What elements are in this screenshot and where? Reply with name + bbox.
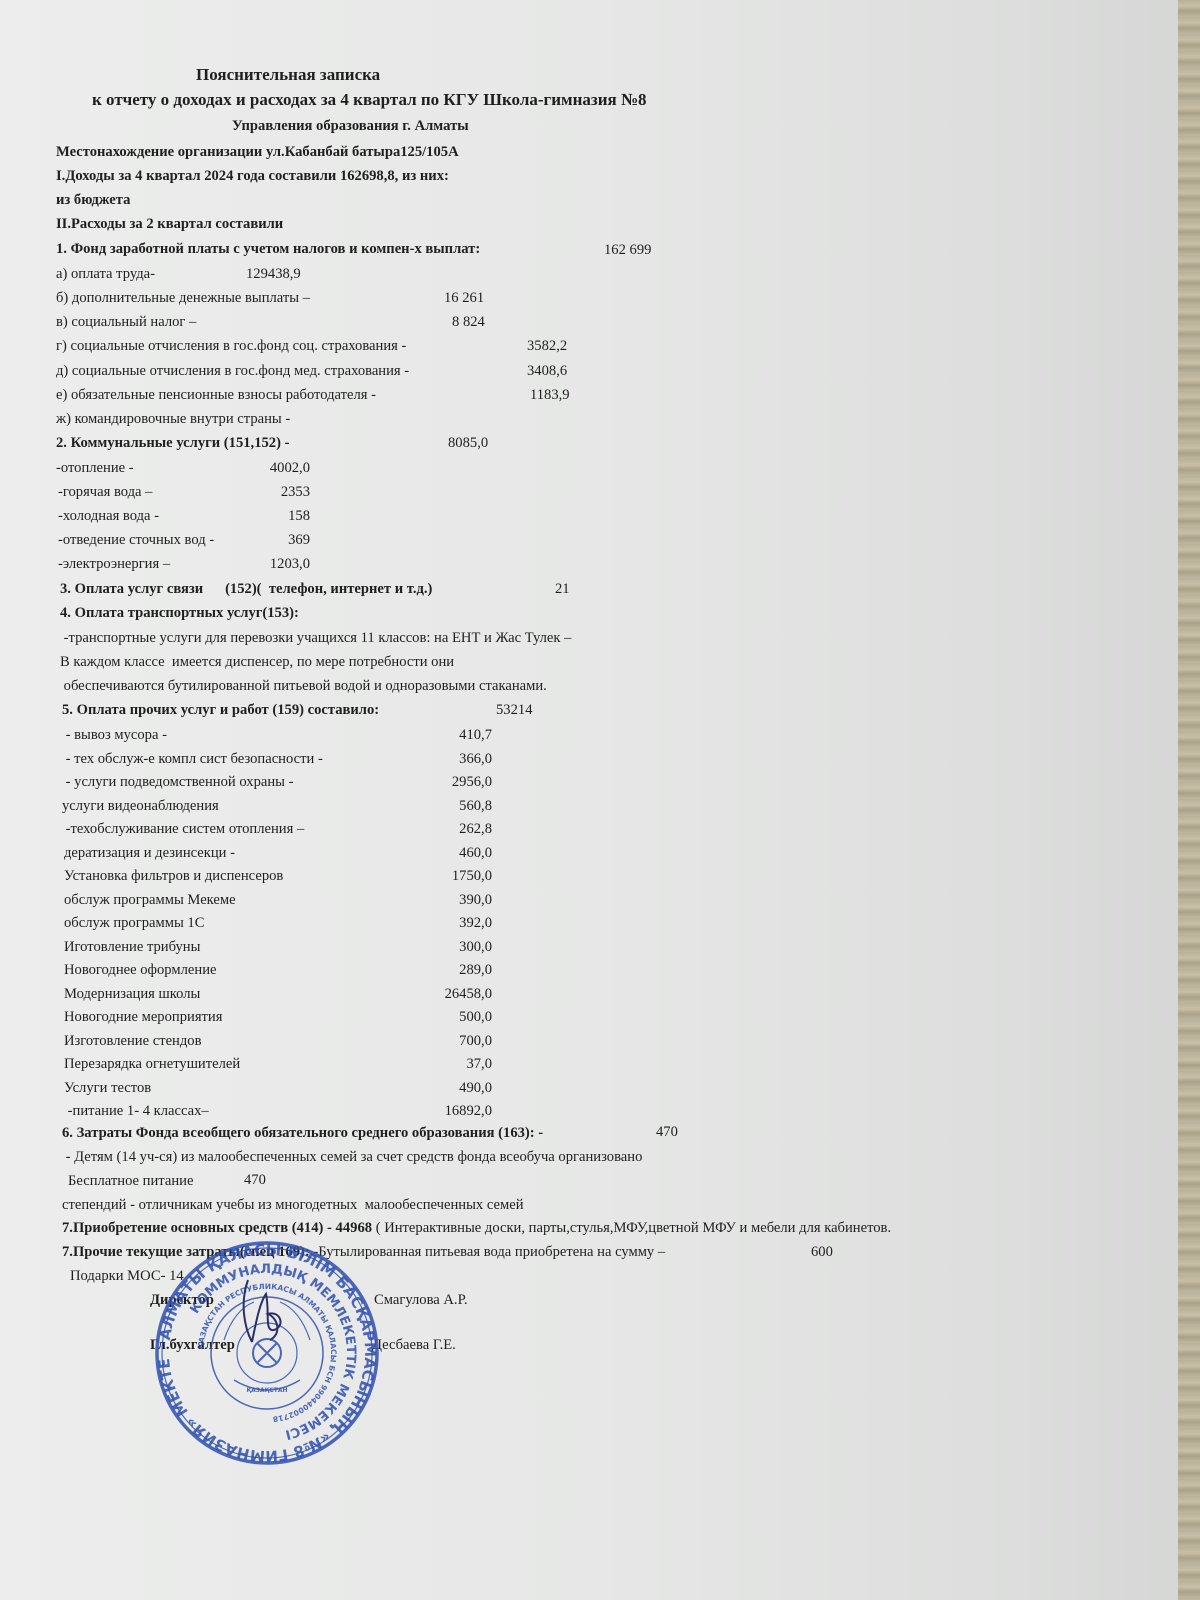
section4-label: 4. Оплата транспортных услуг(153): bbox=[60, 604, 299, 622]
section1-label: 1. Фонд заработной платы с учетом налого… bbox=[56, 240, 480, 258]
section5-item-value: 262,8 bbox=[392, 820, 492, 838]
section5-item-value: 366,0 bbox=[392, 750, 492, 768]
section5-item-value: 26458,0 bbox=[392, 985, 492, 1003]
section1-item-label: д) социальные отчисления в гос.фонд мед.… bbox=[56, 362, 409, 380]
gifts-line: Подарки МОС- 14 bbox=[70, 1267, 184, 1285]
section5-item-label: Перезарядка огнетушителей bbox=[64, 1055, 240, 1073]
section7b-line: 7.Прочие текущие затраты(спец 169): -Бут… bbox=[62, 1243, 665, 1261]
document-title: Пояснительная записка bbox=[196, 66, 380, 84]
section5-item-label: - вывоз мусора - bbox=[62, 726, 167, 744]
section5-item-label: Модернизация школы bbox=[64, 985, 200, 1003]
section5-item-label: обслуж программы Мекеме bbox=[64, 891, 236, 909]
section5-item-label: дератизация и дезинсекци - bbox=[64, 844, 235, 862]
section5-item-value: 1750,0 bbox=[392, 867, 492, 885]
section5-item-value: 500,0 bbox=[392, 1008, 492, 1026]
section5-item-label: -техобслуживание систем отопления – bbox=[62, 820, 304, 838]
income-source: из бюджета bbox=[56, 191, 130, 209]
section5-item-label: - услуги подведомственной охраны - bbox=[62, 773, 293, 791]
section2-item-value: 2353 bbox=[230, 483, 310, 501]
section2-item-label: -электроэнергия – bbox=[58, 555, 170, 573]
free-meals-value: 470 bbox=[244, 1171, 266, 1189]
section4-line: В каждом классе имеется диспенсер, по ме… bbox=[60, 653, 454, 671]
section2-label: 2. Коммунальные услуги (151,152) - bbox=[56, 434, 289, 452]
desk-background bbox=[1178, 0, 1200, 1600]
section1-item-value: 3408,6 bbox=[527, 362, 567, 380]
section5-item-label: Услуги тестов bbox=[64, 1079, 151, 1097]
section5-item-value: 16892,0 bbox=[392, 1102, 492, 1120]
section2-item-value: 369 bbox=[230, 531, 310, 549]
section7a-text: ( Интерактивные доски, парты,стулья,МФУ,… bbox=[372, 1220, 891, 1236]
section5-item-value: 490,0 bbox=[392, 1079, 492, 1097]
section5-item-label: Установка фильтров и диспенсеров bbox=[64, 867, 283, 885]
section2-item-label: -отведение сточных вод - bbox=[58, 531, 214, 549]
section7a-line: 7.Приобретение основных средств (414) - … bbox=[62, 1219, 891, 1237]
section5-item-value: 300,0 bbox=[392, 938, 492, 956]
section5-item-value: 392,0 bbox=[392, 914, 492, 932]
section5-item-value: 700,0 bbox=[392, 1032, 492, 1050]
accountant-title: Гл.бухгалтер bbox=[150, 1336, 235, 1354]
section5-item-value: 560,8 bbox=[392, 797, 492, 815]
section5-item-value: 390,0 bbox=[392, 891, 492, 909]
section5-item-value: 2956,0 bbox=[392, 773, 492, 791]
section1-item-label: в) социальный налог – bbox=[56, 313, 196, 331]
organization-location: Местонахождение организации ул.Кабанбай … bbox=[56, 143, 459, 161]
section5-item-label: - тех обслуж-е компл сист безопасности - bbox=[62, 750, 323, 768]
expenses-heading: II.Расходы за 2 квартал составили bbox=[56, 215, 283, 233]
section2-item-label: -горячая вода – bbox=[58, 483, 152, 501]
section7b-label: 7.Прочие текущие затраты(спец 169): bbox=[62, 1244, 310, 1260]
section5-item-label: Новогоднее оформление bbox=[64, 961, 216, 979]
section2-item-label: -отопление - bbox=[56, 459, 134, 477]
section7b-total: 600 bbox=[811, 1243, 833, 1261]
section3-label: 3. Оплата услуг связи (152)( телефон, ин… bbox=[60, 580, 432, 598]
section3-total: 21 bbox=[555, 580, 570, 598]
document-department: Управления образования г. Алматы bbox=[232, 117, 469, 135]
section1-item-value: 129438,9 bbox=[246, 265, 301, 283]
section5-item-label: Новогодние мероприятия bbox=[64, 1008, 222, 1026]
section5-item-label: обслуж программы 1С bbox=[64, 914, 204, 932]
section1-item-label: е) обязательные пенсионные взносы работо… bbox=[56, 386, 376, 404]
signature-icon bbox=[230, 1272, 300, 1352]
section5-total: 53214 bbox=[496, 701, 532, 719]
section1-item-label: а) оплата труда- bbox=[56, 265, 155, 283]
section5-item-value: 460,0 bbox=[392, 844, 492, 862]
income-line: I.Доходы за 4 квартал 2024 года составил… bbox=[56, 167, 449, 185]
section5-item-value: 289,0 bbox=[392, 961, 492, 979]
section5-item-value: 410,7 bbox=[392, 726, 492, 744]
section5-item-label: Иготовление трибуны bbox=[64, 938, 200, 956]
section4-line: -транспортные услуги для перевозки учащи… bbox=[60, 629, 571, 647]
stamp-center-label: ҚАЗАҚСТАН bbox=[246, 1387, 287, 1394]
section4-line: обеспечиваются бутилированной питьевой в… bbox=[60, 677, 547, 695]
section5-item-value: 37,0 bbox=[392, 1055, 492, 1073]
section5-label: 5. Оплата прочих услуг и работ (159) сос… bbox=[62, 701, 379, 719]
section1-item-label: ж) командировочные внутри страны - bbox=[56, 410, 290, 428]
section6-total: 470 bbox=[656, 1123, 678, 1141]
section2-item-value: 4002,0 bbox=[230, 459, 310, 477]
section1-item-value: 1183,9 bbox=[530, 386, 570, 404]
section1-item-label: г) социальные отчисления в гос.фонд соц.… bbox=[56, 337, 406, 355]
section1-item-value: 16 261 bbox=[444, 289, 484, 307]
section1-item-label: б) дополнительные денежные выплаты – bbox=[56, 289, 310, 307]
section1-item-value: 8 824 bbox=[452, 313, 485, 331]
director-title: Директор bbox=[150, 1291, 214, 1309]
section2-item-value: 1203,0 bbox=[230, 555, 310, 573]
section5-item-label: услуги видеонаблюдения bbox=[62, 797, 219, 815]
section2-item-value: 158 bbox=[230, 507, 310, 525]
section5-item-label: -питание 1- 4 классах– bbox=[64, 1102, 209, 1120]
section2-item-label: -холодная вода - bbox=[58, 507, 159, 525]
accountant-name: Десбаева Г.Е. bbox=[372, 1336, 456, 1354]
section6-line: степендий - отличникам учебы из многодет… bbox=[62, 1196, 524, 1214]
section1-item-value: 3582,2 bbox=[527, 337, 567, 355]
director-name: Смагулова А.Р. bbox=[374, 1291, 468, 1309]
document-subtitle: к отчету о доходах и расходах за 4 кварт… bbox=[92, 91, 647, 109]
section5-item-label: Изготовление стендов bbox=[64, 1032, 201, 1050]
free-meals-label: Бесплатное питание bbox=[68, 1172, 193, 1190]
section7a-label: 7.Приобретение основных средств (414) - … bbox=[62, 1220, 372, 1236]
section6-label: 6. Затраты Фонда всеобщего обязательного… bbox=[62, 1124, 543, 1142]
section2-total: 8085,0 bbox=[448, 434, 488, 452]
section7b-text: -Бутылированная питьевая вода приобретен… bbox=[310, 1244, 665, 1260]
section6-line: - Детям (14 уч-ся) из малообеспеченных с… bbox=[62, 1148, 642, 1166]
section1-total: 162 699 bbox=[604, 241, 651, 259]
